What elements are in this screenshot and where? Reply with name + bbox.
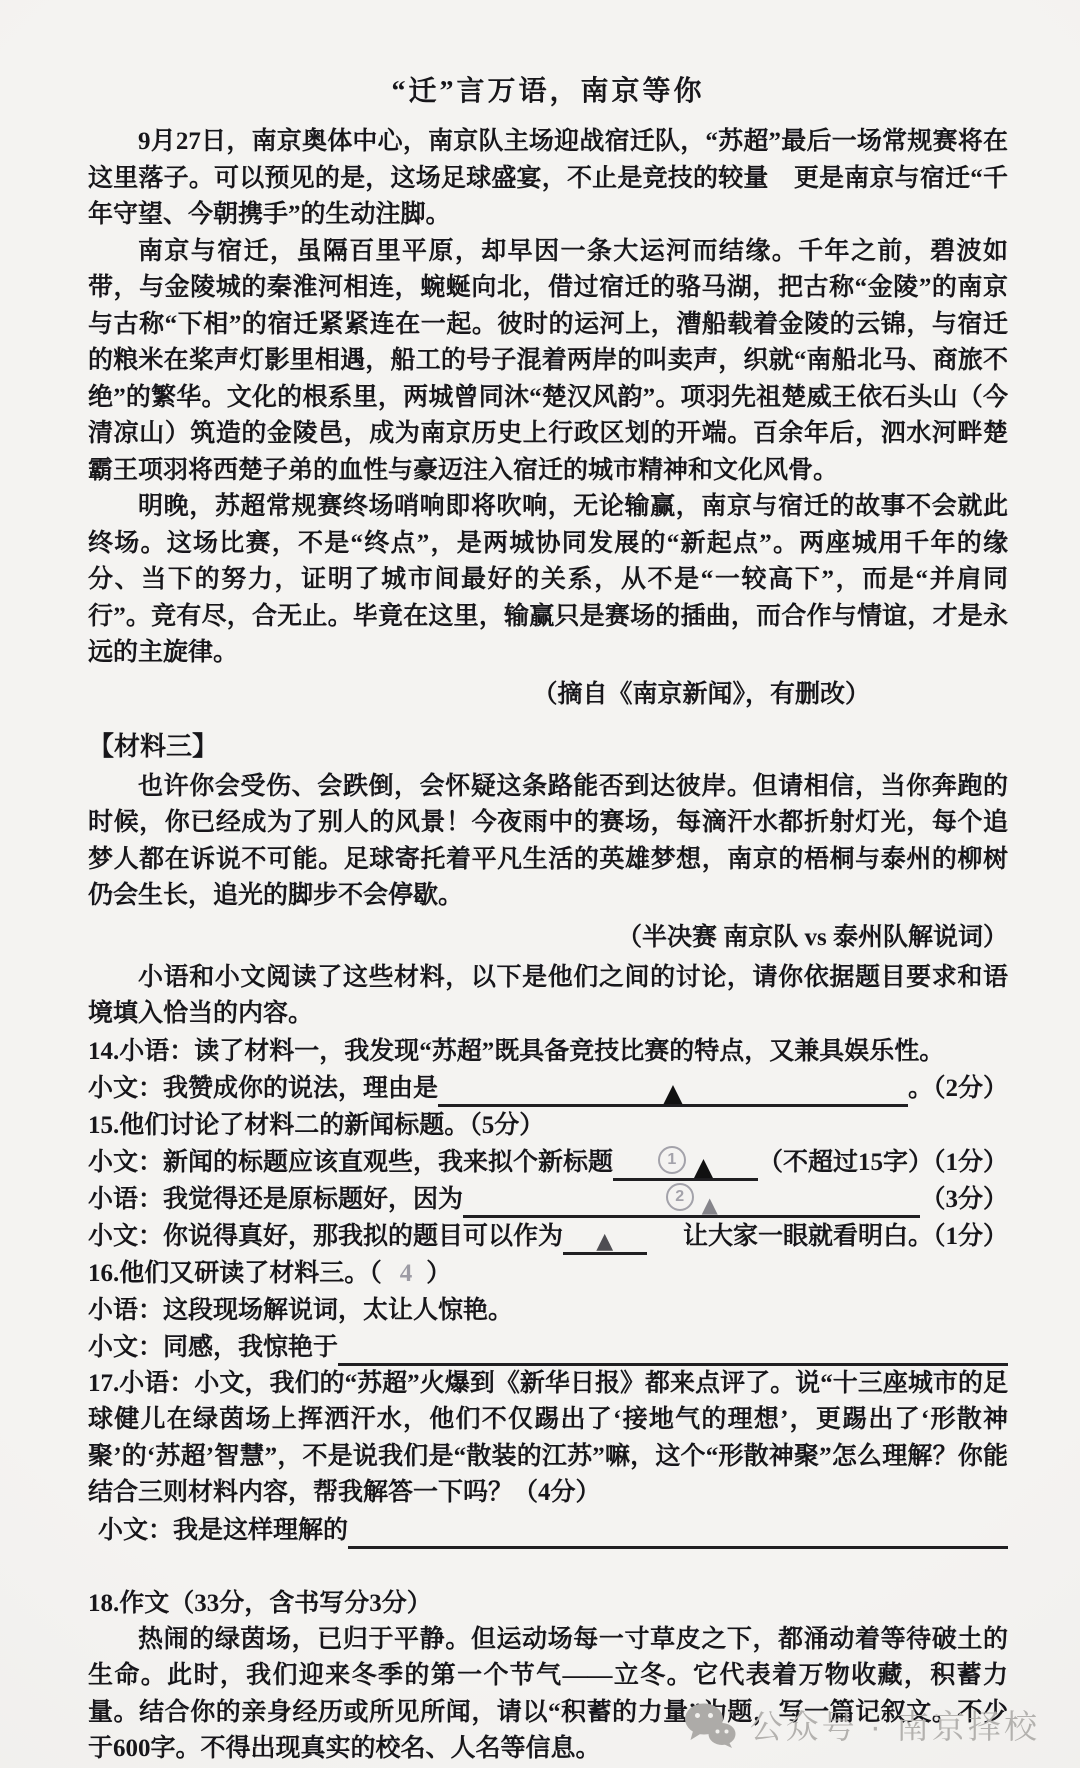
page-title: “迁”言万语，南京等你 <box>88 72 1008 112</box>
material2-source: （摘自《南京新闻》，有删改） <box>88 677 1008 713</box>
material3-source: （半决赛 南京队 vs 泰州队解说词） <box>88 920 1008 956</box>
material2-paragraph-3: 明晚，苏超常规赛终场哨响即将吹响，无论输赢，南京与宿迁的故事不会就此终场。这场比… <box>88 489 1008 672</box>
circled-1-icon: 1 <box>658 1146 686 1174</box>
question-14-answer-prefix: 小文：我赞成你的说法，理由是 <box>88 1070 438 1107</box>
watermark-label: 公众号 · 南京择校 <box>750 1701 1040 1748</box>
question-17-answer-line: 小文：我是这样理解的 <box>88 1512 1008 1549</box>
question-15-line-a: 小文：新闻的标题应该直观些，我来拟个新标题 1 ▲ （不超过15字）（1分） <box>88 1144 1008 1181</box>
question-15-line-b: 小语：我觉得还是原标题好，因为 2 ▲ （3分） <box>88 1181 1008 1218</box>
question-16-statement-prefix: 16.他们又研读了材料三。（ <box>88 1260 382 1287</box>
scanned-exam-page: “迁”言万语，南京等你 9月27日，南京奥体中心，南京队主场迎战宿迁队，“苏超”… <box>0 0 1080 1768</box>
question-15c-prefix: 小文：你说得真好，那我拟的题目可以作为 <box>88 1218 563 1255</box>
question-16-statement-close: ） <box>426 1260 451 1287</box>
question-15a-prefix: 小文：新闻的标题应该直观些，我来拟个新标题 <box>88 1144 613 1181</box>
answer-blank <box>338 1330 1008 1366</box>
answer-blank: 2 ▲ <box>463 1182 920 1218</box>
question-16-faint-score: 4 <box>382 1260 427 1287</box>
discussion-intro: 小语和小文阅读了这些材料，以下是他们之间的讨论，请你依据题目要求和语境填入恰当的… <box>88 960 1008 1033</box>
material2-paragraph-2: 南京与宿迁，虽隔百里平原，却早因一条大运河而结缘。千年之前，碧波如带，与金陵城的… <box>88 234 1008 490</box>
question-15b-suffix: （3分） <box>920 1181 1008 1218</box>
answer-triangle-icon: ▲ <box>694 1156 713 1178</box>
answer-blank: 1 ▲ <box>613 1145 758 1181</box>
answer-blank <box>348 1513 1008 1549</box>
material2-paragraph-1: 9月27日，南京奥体中心，南京队主场迎战宿迁队，“苏超”最后一场常规赛将在这里落… <box>88 124 1008 234</box>
question-15-line-c: 小文：你说得真好，那我拟的题目可以作为 ▲ 让大家一眼就看明白。（1分） <box>88 1218 1008 1255</box>
question-15a-suffix: （不超过15字）（1分） <box>758 1144 1008 1181</box>
answer-blank: ▲ <box>563 1219 647 1255</box>
answer-triangle-icon: ▲ <box>596 1232 613 1252</box>
material3-heading: 【材料三】 <box>88 727 1008 767</box>
wechat-icon <box>684 1702 736 1748</box>
question-15c-suffix: 让大家一眼就看明白。（1分） <box>683 1218 1008 1255</box>
circled-2-icon: 2 <box>666 1183 694 1211</box>
question-14-answer-suffix: 。（2分） <box>908 1070 1008 1107</box>
question-16-answer-prefix: 小文：同感，我惊艳于 <box>88 1329 338 1366</box>
question-17-answer-prefix: 小文：我是这样理解的 <box>98 1512 348 1549</box>
answer-triangle-icon: ▲ <box>702 1196 718 1215</box>
question-16-dialogue: 小语：这段现场解说词，太让人惊艳。 <box>88 1292 1008 1329</box>
answer-blank: ▲ <box>438 1071 908 1107</box>
watermark: 公众号 · 南京择校 <box>684 1701 1040 1748</box>
question-15b-prefix: 小语：我觉得还是原标题好，因为 <box>88 1181 463 1218</box>
question-16-answer-line: 小文：同感，我惊艳于 <box>88 1329 1008 1366</box>
question-18-heading: 18.作文（33分，含书写分3分） <box>88 1585 1008 1622</box>
question-16-statement: 16.他们又研读了材料三。（4） <box>88 1255 1008 1292</box>
question-14-answer-line: 小文：我赞成你的说法，理由是 ▲ 。（2分） <box>88 1070 1008 1107</box>
question-14-statement: 14.小语：读了材料一，我发现“苏超”既具备竞技比赛的特点，又兼具娱乐性。 <box>88 1033 1008 1070</box>
question-17-statement: 17.小语：小文，我们的“苏超”火爆到《新华日报》都来点评了。说“十三座城市的足… <box>88 1366 1008 1512</box>
answer-triangle-icon: ▲ <box>663 1082 682 1104</box>
material3-paragraph: 也许你会受伤、会跌倒，会怀疑这条路能否到达彼岸。但请相信，当你奔跑的时候，你已经… <box>88 769 1008 915</box>
question-15-statement: 15.他们讨论了材料二的新闻标题。（5分） <box>88 1107 1008 1144</box>
